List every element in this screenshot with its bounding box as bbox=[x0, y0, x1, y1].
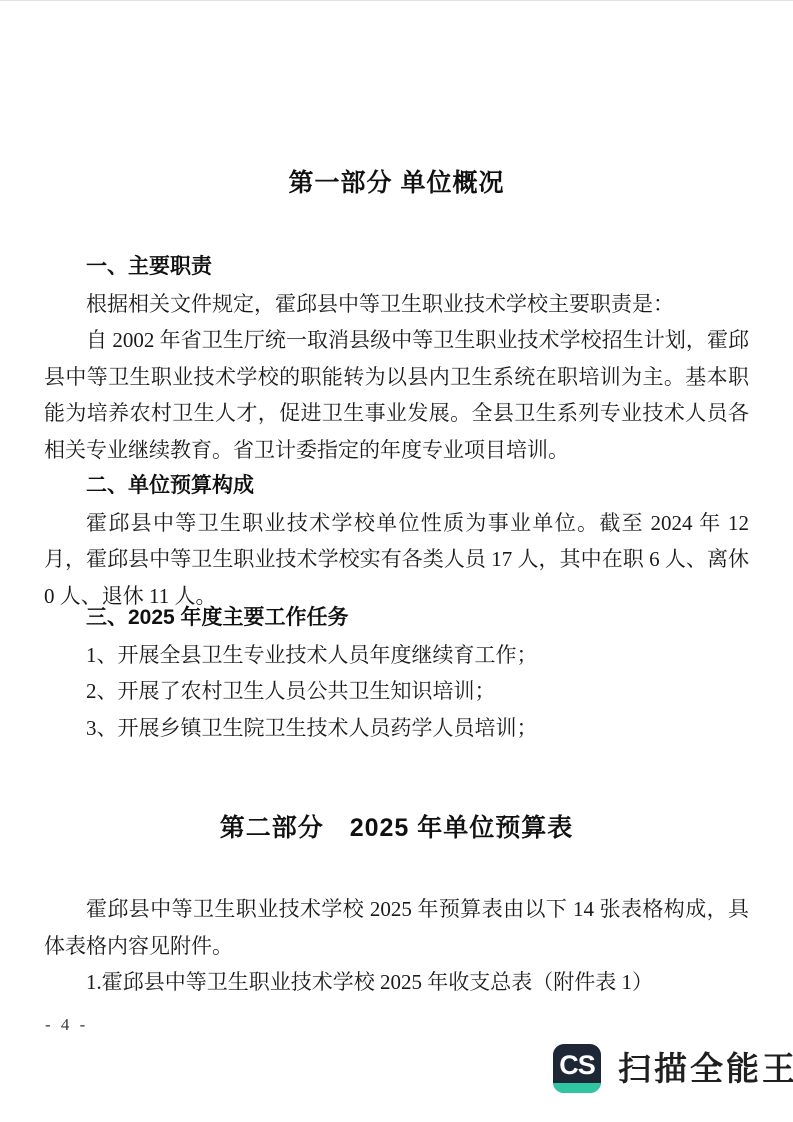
camscanner-watermark: CS 扫描全能王 bbox=[553, 1044, 793, 1093]
part1-title: 第一部分 单位概况 bbox=[44, 167, 749, 199]
page-content: 第一部分 单位概况 一、主要职责 根据相关文件规定，霍邱县中等卫生职业技术学校主… bbox=[0, 167, 793, 1001]
camscanner-icon-accent-bar bbox=[553, 1083, 601, 1093]
section-heading-2025-tasks: 三、2025 年度主要工作任务 bbox=[44, 600, 749, 637]
paragraph-budget-tables-intro: 霍邱县中等卫生职业技术学校 2025 年预算表由以下 14 张表格构成，具体表格… bbox=[44, 891, 749, 964]
paragraph-budget-composition: 霍邱县中等卫生职业技术学校单位性质为事业单位。截至 2024 年 12 月，霍邱… bbox=[44, 505, 749, 615]
document-page: 第一部分 单位概况 一、主要职责 根据相关文件规定，霍邱县中等卫生职业技术学校主… bbox=[0, 0, 793, 1122]
page-number: - 4 - bbox=[45, 1015, 88, 1035]
part2-title: 第二部分 2025 年单位预算表 bbox=[44, 812, 749, 844]
paragraph-table-1-item: 1.霍邱县中等卫生职业技术学校 2025 年收支总表（附件表 1） bbox=[44, 964, 749, 1001]
camscanner-icon-letters: CS bbox=[553, 1046, 601, 1084]
paragraph-duties-body: 自 2002 年省卫生厅统一取消县级中等卫生职业技术学校招生计划，霍邱县中等卫生… bbox=[44, 322, 749, 468]
camscanner-logo-icon: CS bbox=[553, 1044, 601, 1093]
section-heading-main-duties: 一、主要职责 bbox=[44, 249, 749, 286]
paragraph-duties-intro: 根据相关文件规定，霍邱县中等卫生职业技术学校主要职责是： bbox=[44, 286, 749, 323]
task-list-item-1: 1、开展全县卫生专业技术人员年度继续育工作； bbox=[44, 637, 749, 674]
camscanner-app-name: 扫描全能王 bbox=[618, 1044, 793, 1093]
task-list-item-2: 2、开展了农村卫生人员公共卫生知识培训； bbox=[44, 673, 749, 710]
section-heading-budget-composition: 二、单位预算构成 bbox=[44, 468, 749, 505]
task-list-item-3: 3、开展乡镇卫生院卫生技术人员药学人员培训； bbox=[44, 710, 749, 747]
